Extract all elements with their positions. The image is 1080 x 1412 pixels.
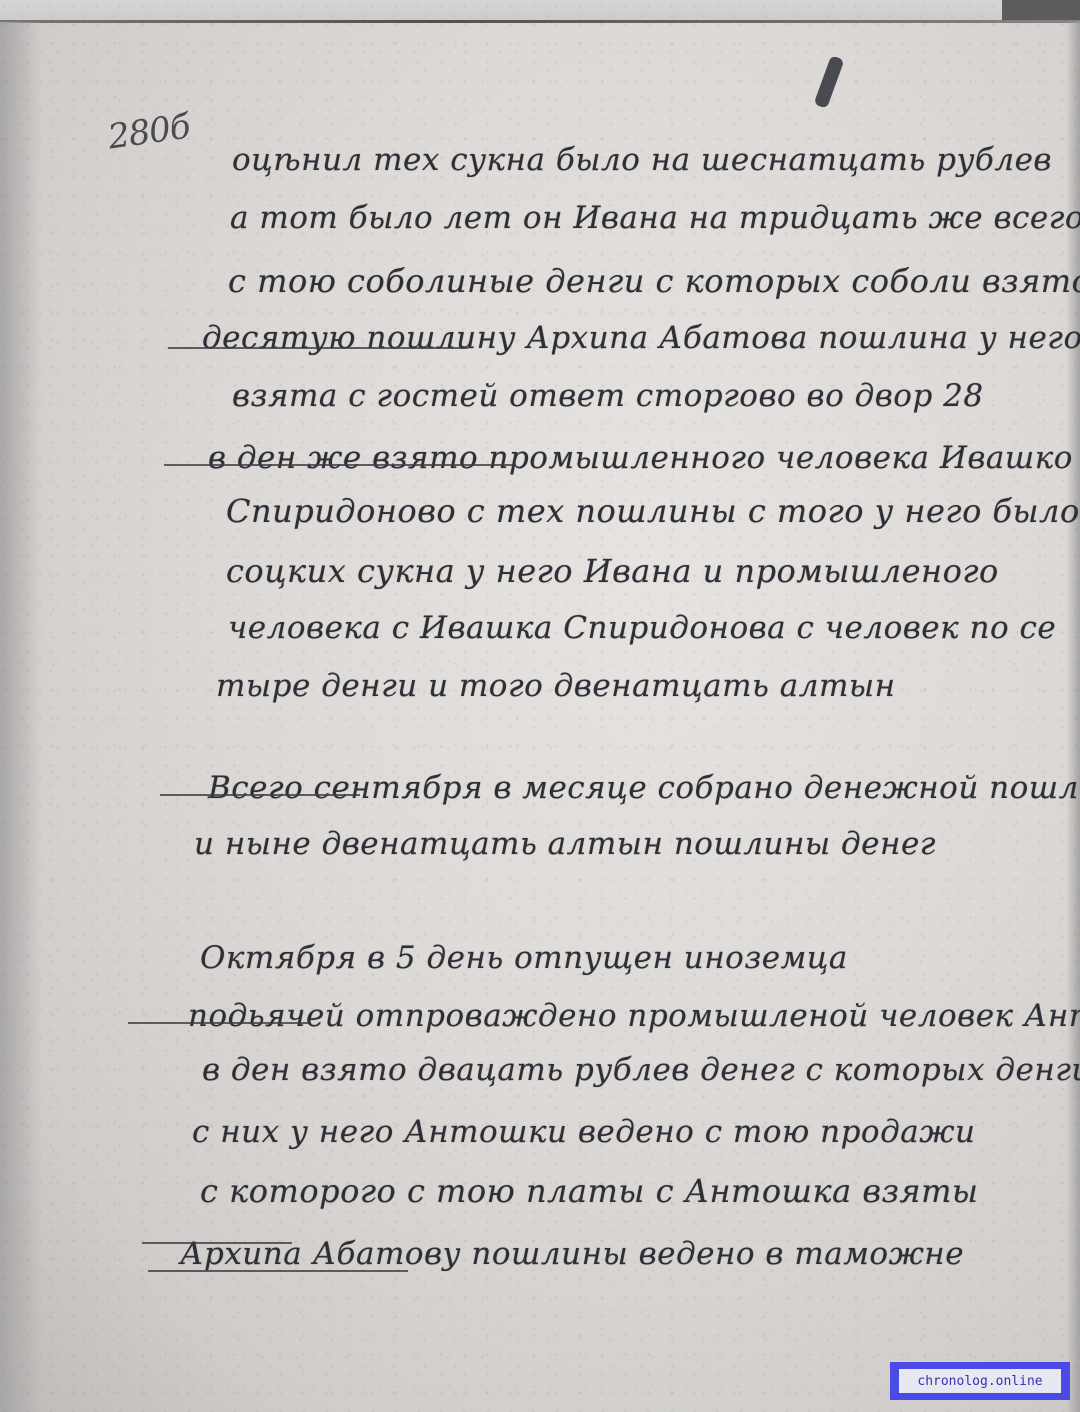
text-line: подьячей отпроваждено промышленой челове… [188, 998, 1080, 1034]
text-line: с тою соболиные денги с которых соболи в… [228, 262, 1080, 300]
underline [142, 1242, 292, 1244]
underline [164, 464, 514, 466]
text-line: Спиридоново с тех пошлины с того у него … [226, 492, 1080, 530]
text-line: в ден же взято промышленного человека Ив… [208, 440, 1073, 476]
text-line: в ден взято двацать рублев денег с котор… [202, 1052, 1080, 1088]
text-line: человека с Ивашка Спиридонова с человек … [228, 610, 1056, 646]
text-line: с них у него Антошки ведено с тою продаж… [192, 1114, 975, 1150]
text-line: оцѣнил тех сукна было на шеснатцать рубл… [232, 142, 1052, 178]
watermark-text: chronolog.online [899, 1369, 1061, 1393]
text-line: а тот было лет он Ивана на тридцать же в… [230, 200, 1080, 236]
underline [168, 347, 468, 349]
text-line: Октября в 5 день отпущен иноземца [200, 940, 848, 976]
text-line: десятую пошлину Архипа Абатова пошлина у… [202, 320, 1080, 356]
text-line: с которого с тою платы с Антошка взяты [200, 1172, 978, 1210]
text-line: Архипа Абатову пошлины ведено в таможне [180, 1236, 964, 1272]
underline [128, 1022, 308, 1024]
manuscript-scan: 280б оцѣнил тех сукна было на шеснатцать… [0, 0, 1080, 1412]
manuscript-text: оцѣнил тех сукна было на шеснатцать рубл… [0, 0, 1080, 1412]
underline [148, 1270, 408, 1272]
text-line: Всего сентября в месяце собрано денежной… [208, 770, 1080, 806]
text-line: и ныне двенатцать алтын пошлины денег [194, 826, 936, 862]
watermark-badge: chronolog.online [890, 1362, 1070, 1400]
text-line: соцких сукна у него Ивана и промышленого [226, 552, 999, 590]
text-line: тыре денги и того двенатцать алтын [216, 668, 896, 704]
underline [160, 794, 360, 796]
text-line: взята с гостей ответ сторгово во двор 28 [232, 378, 984, 414]
